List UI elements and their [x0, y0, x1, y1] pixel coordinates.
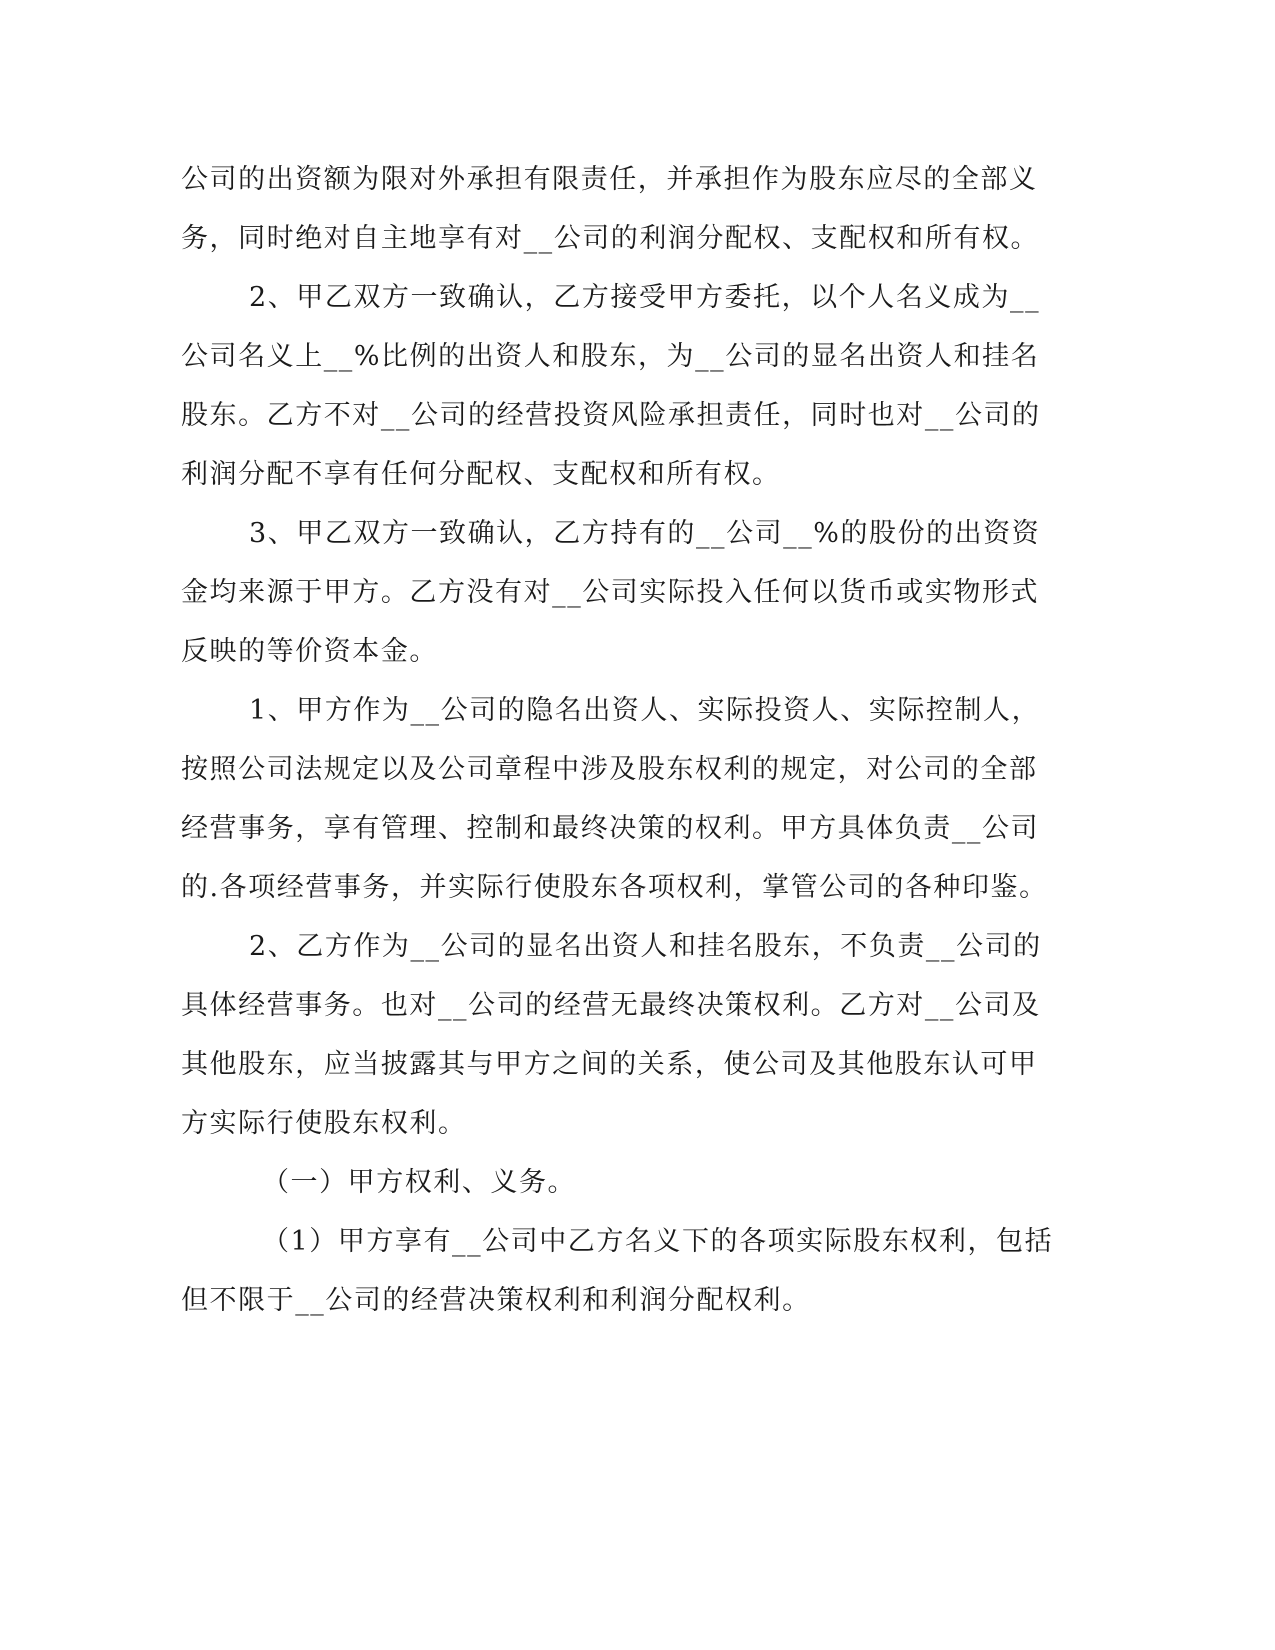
paragraph-line: 金均来源于甲方。乙方没有对__公司实际投入任何以货币或实物形式	[181, 573, 1039, 613]
paragraph-line: 的.各项经营事务，并实际行使股东各项权利，掌管公司的各种印鉴。	[181, 868, 1048, 908]
paragraph-line: 反映的等价资本金。	[181, 632, 438, 672]
paragraph-line: 1、甲方作为__公司的隐名出资人、实际投资人、实际控制人，	[249, 691, 1040, 731]
paragraph-line: 2、甲乙双方一致确认，乙方接受甲方委托，以个人名义成为__	[249, 278, 1040, 318]
section-heading: （一）甲方权利、义务。	[262, 1163, 576, 1203]
paragraph-line: 其他股东，应当披露其与甲方之间的关系，使公司及其他股东认可甲	[181, 1045, 1038, 1085]
paragraph-line: 方实际行使股东权利。	[181, 1104, 467, 1144]
paragraph-line: 具体经营事务。也对__公司的经营无最终决策权利。乙方对__公司及	[181, 986, 1041, 1026]
paragraph-line: （1）甲方享有__公司中乙方名义下的各项实际股东权利，包括	[262, 1222, 1053, 1262]
paragraph-line: 但不限于__公司的经营决策权利和利润分配权利。	[181, 1281, 811, 1321]
paragraph-line: 3、甲乙双方一致确认，乙方持有的__公司__%的股份的出资资	[249, 514, 1040, 554]
paragraph-line: 公司的出资额为限对外承担有限责任，并承担作为股东应尽的全部义	[181, 160, 1038, 200]
document-page: 公司的出资额为限对外承担有限责任，并承担作为股东应尽的全部义 务，同时绝对自主地…	[0, 0, 1275, 1650]
paragraph-line: 股东。乙方不对__公司的经营投资风险承担责任，同时也对__公司的	[181, 396, 1041, 436]
paragraph-line: 按照公司法规定以及公司章程中涉及股东权利的规定，对公司的全部	[181, 750, 1038, 790]
paragraph-line: 公司名义上__%比例的出资人和股东，为__公司的显名出资人和挂名	[181, 337, 1039, 377]
paragraph-line: 2、乙方作为__公司的显名出资人和挂名股东，不负责__公司的	[249, 927, 1042, 967]
paragraph-line: 经营事务，享有管理、控制和最终决策的权利。甲方具体负责__公司	[181, 809, 1039, 849]
paragraph-line: 务，同时绝对自主地享有对__公司的利润分配权、支配权和所有权。	[181, 219, 1039, 259]
paragraph-line: 利润分配不享有任何分配权、支配权和所有权。	[181, 455, 781, 495]
